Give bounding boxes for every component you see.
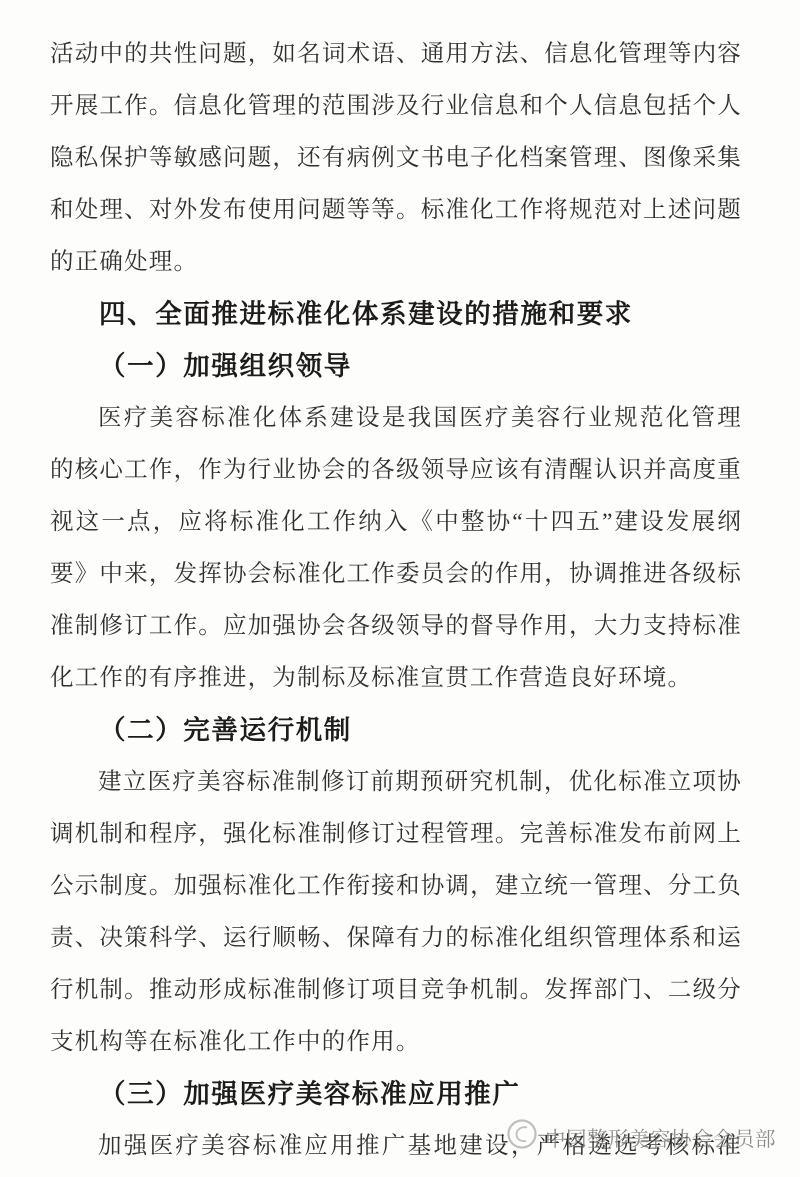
document-page: 活动中的共性问题，如名词术语、通用方法、信息化管理等内容 开展工作。信息化管理的… bbox=[0, 0, 800, 1177]
text-line: 公示制度。加强标准化工作衔接和协调，建立统一管理、分工负 bbox=[50, 860, 742, 912]
text-line: 化工作的有序推进，为制标及标准宣贯工作营造良好环境。 bbox=[50, 652, 742, 704]
subsection-2: （二）完善运行机制 建立医疗美容标准制修订前期预研究机制，优化标准立项协 调机制… bbox=[50, 704, 742, 1068]
document-body: 活动中的共性问题，如名词术语、通用方法、信息化管理等内容 开展工作。信息化管理的… bbox=[50, 28, 742, 1172]
text-line: 的正确处理。 bbox=[50, 236, 742, 288]
section-heading: 四、全面推进标准化体系建设的措施和要求 bbox=[50, 288, 742, 340]
text-line: 视这一点，应将标准化工作纳入《中整协“十四五”建设发展纲 bbox=[50, 496, 742, 548]
text-line: 医疗美容标准化体系建设是我国医疗美容行业规范化管理 bbox=[50, 392, 742, 444]
text-line: 活动中的共性问题，如名词术语、通用方法、信息化管理等内容 bbox=[50, 28, 742, 80]
text-line: 调机制和程序，强化标准制修订过程管理。完善标准发布前网上 bbox=[50, 808, 742, 860]
text-line: 行机制。推动形成标准制修订项目竞争机制。发挥部门、二级分 bbox=[50, 964, 742, 1016]
text-line: 建立医疗美容标准制修订前期预研究机制，优化标准立项协 bbox=[50, 756, 742, 808]
intro-paragraph: 活动中的共性问题，如名词术语、通用方法、信息化管理等内容 开展工作。信息化管理的… bbox=[50, 28, 742, 288]
text-line: 和处理、对外发布使用问题等等。标准化工作将规范对上述问题 bbox=[50, 184, 742, 236]
text-line: 责、决策科学、运行顺畅、保障有力的标准化组织管理体系和运 bbox=[50, 912, 742, 964]
text-line: 支机构等在标准化工作中的作用。 bbox=[50, 1016, 742, 1068]
subsection-heading: （三）加强医疗美容标准应用推广 bbox=[50, 1068, 742, 1120]
subsection-3: （三）加强医疗美容标准应用推广 加强医疗美容标准应用推广基地建设，严格遴选考核标… bbox=[50, 1068, 742, 1172]
text-line: 开展工作。信息化管理的范围涉及行业信息和个人信息包括个人 bbox=[50, 80, 742, 132]
subsection-1: （一）加强组织领导 医疗美容标准化体系建设是我国医疗美容行业规范化管理 的核心工… bbox=[50, 340, 742, 704]
text-line: 准制修订工作。应加强协会各级领导的督导作用，大力支持标准 bbox=[50, 600, 742, 652]
subsection-heading: （一）加强组织领导 bbox=[50, 340, 742, 392]
text-line: 的核心工作，作为行业协会的各级领导应该有清醒认识并高度重 bbox=[50, 444, 742, 496]
text-line: 加强医疗美容标准应用推广基地建设，严格遴选考核标准 bbox=[50, 1120, 742, 1172]
text-line: 要》中来，发挥协会标准化工作委员会的作用，协调推进各级标 bbox=[50, 548, 742, 600]
text-line: 隐私保护等敏感问题，还有病例文书电子化档案管理、图像采集 bbox=[50, 132, 742, 184]
subsection-heading: （二）完善运行机制 bbox=[50, 704, 742, 756]
